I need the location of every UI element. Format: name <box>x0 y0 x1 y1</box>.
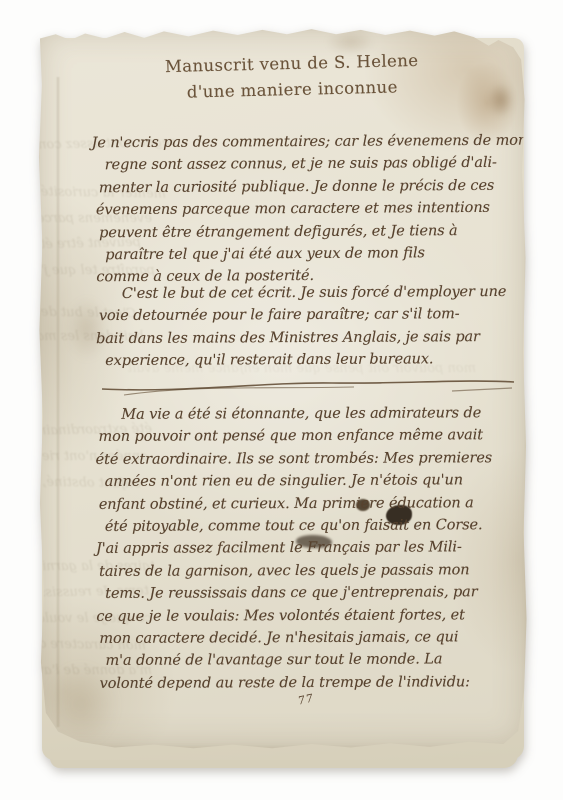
text-line: J'ai appris assez facilment le Français … <box>96 537 512 561</box>
manuscript-photo: regne sont assez connus, et je ne suis p… <box>0 0 563 800</box>
text-line: Je n'ecris pas des commentaires; car les… <box>92 130 512 155</box>
text-line: voie detournée pour le faire paraître; c… <box>99 303 512 328</box>
manuscript-title: Manuscrit venu de S. Helene d'une manier… <box>125 47 458 107</box>
text-line: évenemens parceque mon caractere et mes … <box>96 197 512 222</box>
text-line: ce que je le voulais: Mes volontés étaie… <box>96 604 512 628</box>
text-line: peuvent être étrangement defigurés, et J… <box>99 219 512 244</box>
text-line: regne sont assez connus, et je ne suis p… <box>105 152 512 177</box>
text-line: C'est le but de cet écrit. Je suis forcé… <box>122 281 512 305</box>
text-line: menter la curiosité publique. Je donne l… <box>99 175 512 200</box>
text-line: été extraordinaire. Ils se sont trombés:… <box>96 447 512 471</box>
stain <box>488 83 514 117</box>
text-line: mon pouvoir ont pensé que mon enfance mê… <box>98 424 511 448</box>
text-line: experience, qu'il resterait dans leur bu… <box>105 348 512 373</box>
fold-crease <box>56 77 60 727</box>
text-line: été pitoyable, comme tout ce qu'on faisa… <box>105 514 512 538</box>
text-line: volonté depend au reste de la trempe de … <box>100 671 513 695</box>
text-line: années n'ont rien eu de singulier. Je n'… <box>105 469 512 493</box>
text-line: Ma vie a été si étonnante, que les admir… <box>121 402 511 426</box>
quire-mark: 77 <box>297 691 315 707</box>
text-line: paraître tel que j'ai été aux yeux de mo… <box>105 242 512 267</box>
text-line: m'a donné de l'avantage sur tout le mond… <box>105 649 512 673</box>
text-line: bait dans les mains des Ministres Anglai… <box>96 326 512 351</box>
text-line: taires de la garnison, avec les quels je… <box>99 559 512 583</box>
text-line: tems. Je reussissais dans ce que j'entre… <box>105 581 512 605</box>
manuscript-page: regne sont assez connus, et je ne suis p… <box>36 27 528 749</box>
divider-rule <box>64 373 516 399</box>
text-line: mon caractere decidé. Je n'hesitais jama… <box>99 626 512 650</box>
text-line: enfant obstiné, et curieux. Ma primiere … <box>99 492 512 516</box>
paragraph-3: Ma vie a été si étonnante, que les admir… <box>91 402 512 695</box>
paragraph-1: Je n'ecris pas des commentaires; car les… <box>92 130 513 289</box>
paragraph-2: C'est le but de cet écrit. Je suis forcé… <box>92 281 512 373</box>
